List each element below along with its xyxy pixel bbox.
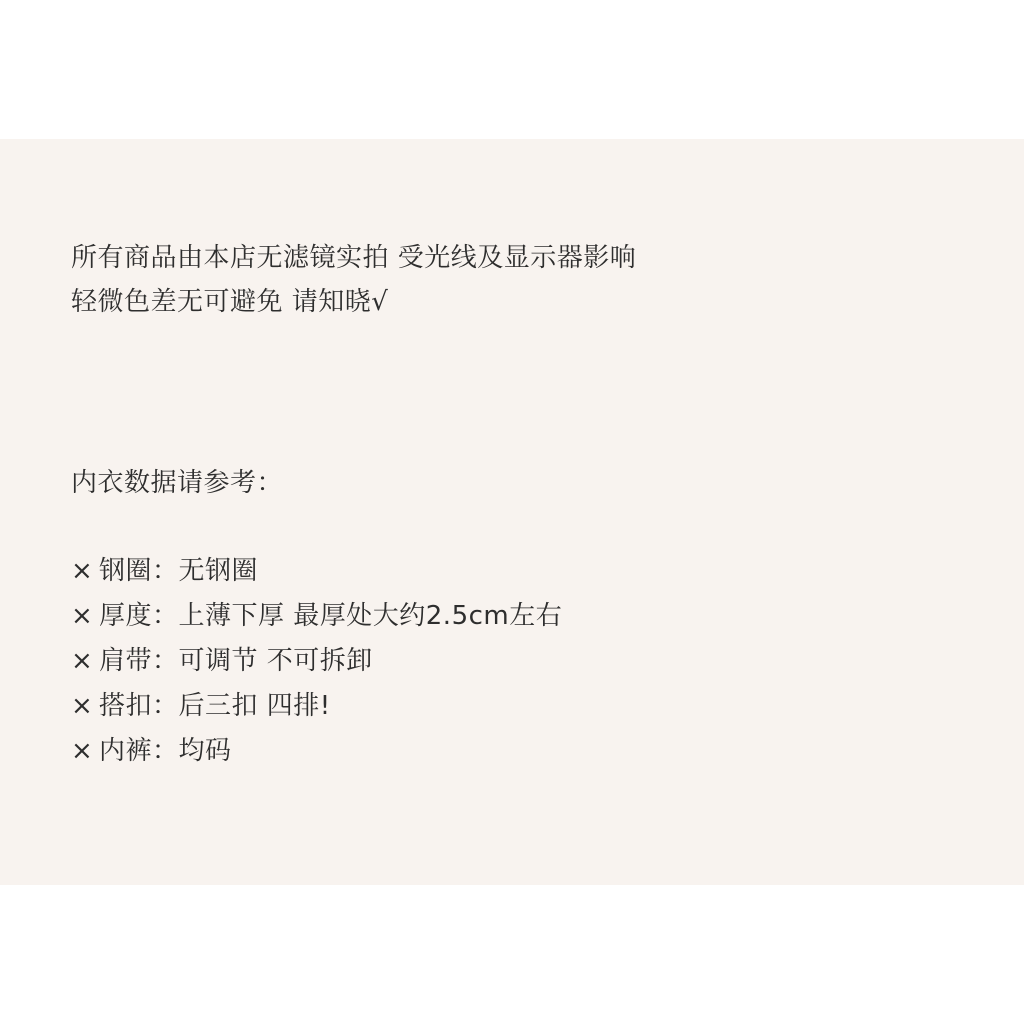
cross-icon: ×: [71, 639, 99, 684]
spec-text: 厚度：上薄下厚 最厚处大约2.5cm左右: [99, 601, 562, 631]
spec-row-straps: ×肩带：可调节 不可拆卸: [71, 639, 562, 684]
disclaimer-line-2: 轻微色差无可避免 请知晓√: [71, 280, 636, 324]
spec-text: 内裤：均码: [99, 736, 232, 766]
spec-row-underwire: ×钢圈：无钢圈: [71, 549, 562, 594]
cross-icon: ×: [71, 729, 99, 774]
spec-text: 搭扣：后三扣 四排!: [99, 691, 331, 721]
color-disclaimer: 所有商品由本店无滤镜实拍 受光线及显示器影响 轻微色差无可避免 请知晓√: [71, 236, 636, 324]
product-info-panel: 所有商品由本店无滤镜实拍 受光线及显示器影响 轻微色差无可避免 请知晓√ 内衣数…: [0, 139, 1024, 885]
spec-row-clasp: ×搭扣：后三扣 四排!: [71, 684, 562, 729]
spec-text: 肩带：可调节 不可拆卸: [99, 646, 373, 676]
specs-list: ×钢圈：无钢圈 ×厚度：上薄下厚 最厚处大约2.5cm左右 ×肩带：可调节 不可…: [71, 549, 562, 774]
specs-heading: 内衣数据请参考：: [71, 461, 283, 505]
spec-row-underwear: ×内裤：均码: [71, 729, 562, 774]
spec-text: 钢圈：无钢圈: [99, 556, 258, 586]
cross-icon: ×: [71, 549, 99, 594]
disclaimer-line-1: 所有商品由本店无滤镜实拍 受光线及显示器影响: [71, 236, 636, 280]
cross-icon: ×: [71, 594, 99, 639]
cross-icon: ×: [71, 684, 99, 729]
spec-row-thickness: ×厚度：上薄下厚 最厚处大约2.5cm左右: [71, 594, 562, 639]
